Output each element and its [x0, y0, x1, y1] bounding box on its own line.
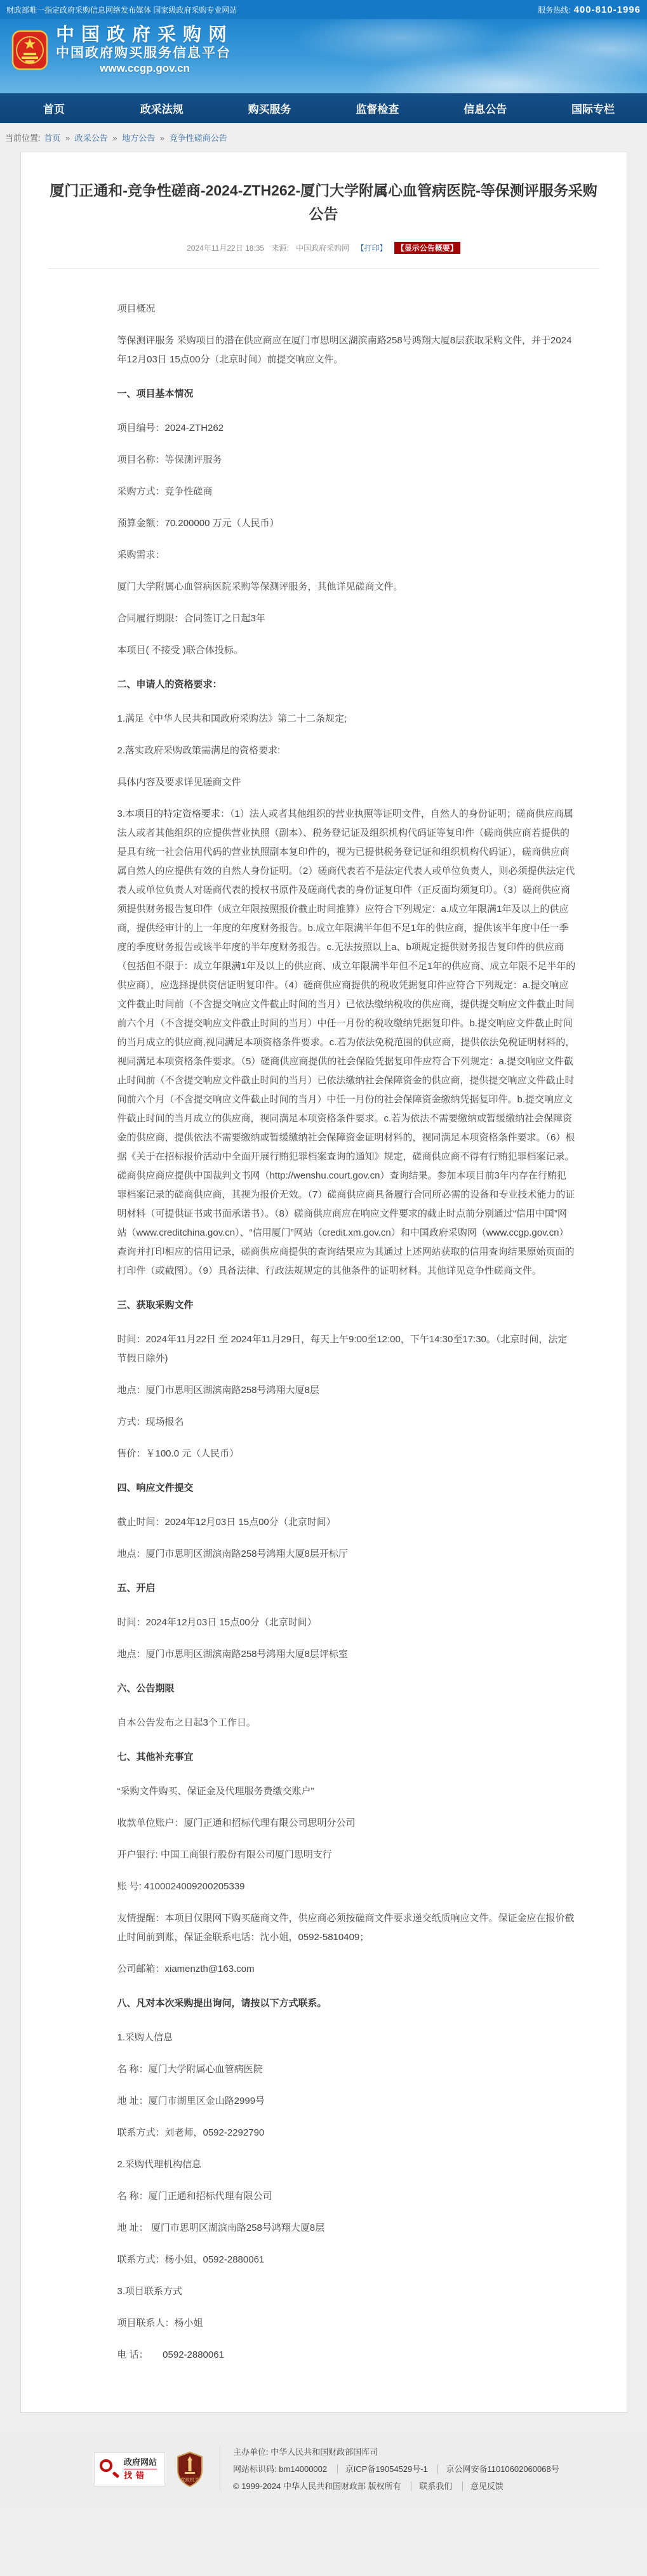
party-government-shield-icon[interactable]: 党政机关 [175, 2451, 204, 2488]
badge-gov-site-label: 政府网站 [124, 2457, 157, 2469]
article-paragraph: 地 址： 厦门市思明区湖滨南路258号鸿翔大厦8层 [117, 2219, 576, 2238]
footer-contact-us-link[interactable]: 联系我们 [411, 2481, 452, 2491]
article-paragraph: 名 称：厦门正通和招标代理有限公司 [117, 2187, 576, 2206]
breadcrumb-competitive-negotiation[interactable]: 竞争性磋商公告 [160, 133, 227, 143]
magnifier-icon [98, 2457, 120, 2482]
announcement-card: 厦门正通和-竞争性磋商-2024-ZTH262-厦门大学附属心血管病医院-等保测… [20, 152, 627, 2413]
article-paragraph: 项目概况 [117, 300, 576, 319]
article-paragraph: 本项目( 不接受 )联合体投标。 [117, 641, 576, 660]
breadcrumb-home[interactable]: 首页 [44, 133, 60, 143]
site-title-block: 中国政府采购网 中国政府购买服务信息平台 www.ccgp.gov.cn [56, 25, 234, 76]
article-paragraph: 项目联系人：杨小姐 [117, 2314, 576, 2333]
nav-item-announcements[interactable]: 信息公告 [431, 93, 539, 123]
article-paragraph: 采购需求： [117, 546, 576, 565]
source-value: 中国政府采购网 [296, 244, 349, 253]
article-paragraph: 1.满足《中华人民共和国政府采购法》第二十二条规定; [117, 710, 576, 729]
article-meta: 2024年11月22日 18:35 来源: 中国政府采购网 【打印】 【显示公告… [21, 242, 627, 253]
site-name: 中国政府采购网 [56, 25, 234, 45]
nav-item-purchase-service[interactable]: 购买服务 [216, 93, 324, 123]
gov-site-error-report-badge[interactable]: 政府网站 找错 [94, 2452, 165, 2487]
article-paragraph: 公司邮箱：xiamenzth@163.com [117, 1960, 576, 1979]
hotline-label: 服务热线: [538, 4, 570, 15]
footer-feedback-link[interactable]: 意见反馈 [462, 2481, 504, 2491]
article-paragraph: 地点：厦门市思明区湖滨南路258号鸿翔大厦8层开标厅 [117, 1545, 576, 1564]
section-heading: 五、开启 [117, 1579, 576, 1598]
article-paragraph: 2.落实政府采购政策需满足的资格要求: [117, 741, 576, 760]
article-paragraph: 等保测评服务 采购项目的潜在供应商应在厦门市思明区湖滨南路258号鸿翔大厦8层获… [117, 331, 576, 369]
show-summary-button[interactable]: 【显示公告概要】 [394, 242, 460, 254]
nav-item-home[interactable]: 首页 [0, 93, 108, 123]
article-paragraph: 方式：现场报名 [117, 1413, 576, 1432]
article-paragraph: 地点：厦门市思明区湖滨南路258号鸿翔大厦8层评标室 [117, 1645, 576, 1664]
top-utility-bar: 财政部唯一指定政府采购信息网络发布媒体 国家级政府采购专业网站 服务热线: 40… [0, 0, 647, 19]
section-heading: 二、申请人的资格要求： [117, 675, 576, 694]
nav-item-regulations[interactable]: 政采法规 [108, 93, 216, 123]
article-paragraph: 2.采购代理机构信息 [117, 2155, 576, 2174]
party-badge-label: 党政机关 [180, 2476, 199, 2483]
article-paragraph: 截止时间：2024年12月03日 15点00分（北京时间） [117, 1513, 576, 1532]
section-heading: 六、公告期限 [117, 1679, 576, 1698]
article-body: 项目概况等保测评服务 采购项目的潜在供应商应在厦门市思明区湖滨南路258号鸿翔大… [21, 273, 627, 2365]
breadcrumb-local-notices[interactable]: 地方公告 [112, 133, 155, 143]
hotline-number: 400-810-1996 [574, 4, 641, 15]
page-title: 厦门正通和-竞争性磋商-2024-ZTH262-厦门大学附属心血管病医院-等保测… [46, 179, 601, 226]
article-paragraph: 名 称：厦门大学附属心血管病医院 [117, 2060, 576, 2079]
article-paragraph: 地点：厦门市思明区湖滨南路258号鸿翔大厦8层 [117, 1381, 576, 1400]
footer-host-unit: 主办单位: 中华人民共和国财政部国库司 [233, 2447, 378, 2457]
footer-police-link[interactable]: 京公网安备11010602060068号 [437, 2464, 559, 2474]
article-paragraph: 收款单位账户：厦门正通和招标代理有限公司思明分公司 [117, 1814, 576, 1833]
section-heading: 八、凡对本次采购提出询问，请按以下方式联系。 [117, 1994, 576, 2013]
section-heading: 四、响应文件提交 [117, 1479, 576, 1498]
article-paragraph: 联系方式：刘老师，0592-2292790 [117, 2124, 576, 2143]
footer-copyright: © 1999-2024 中华人民共和国财政部 版权所有 [233, 2481, 401, 2491]
section-heading: 三、获取采购文件 [117, 1296, 576, 1315]
national-emblem-logo [11, 30, 48, 70]
breadcrumb-procurement-notices[interactable]: 政采公告 [65, 133, 108, 143]
site-slogan: 财政部唯一指定政府采购信息网络发布媒体 国家级政府采购专业网站 [6, 4, 237, 15]
article-paragraph: 采购方式：竞争性磋商 [117, 482, 576, 501]
article-paragraph: 地 址：厦门市湖里区金山路2999号 [117, 2092, 576, 2111]
breadcrumb: 当前位置: 首页 政采公告 地方公告 竞争性磋商公告 [0, 123, 647, 149]
section-heading: 一、项目基本情况 [117, 385, 576, 404]
breadcrumb-prefix: 当前位置: [5, 133, 41, 143]
footer-site-id: 网站标识码: bm14000002 [233, 2464, 327, 2474]
article-paragraph: 厦门大学附属心血管病医院采购等保测评服务，其他详见磋商文件。 [117, 578, 576, 597]
badge-find-error-label: 找错 [124, 2469, 157, 2481]
nav-item-supervision[interactable]: 监督检查 [323, 93, 431, 123]
main-nav: 首页 政采法规 购买服务 监督检查 信息公告 国际专栏 [0, 93, 647, 123]
publish-datetime: 2024年11月22日 18:35 [187, 244, 264, 253]
article-paragraph: 友情提醒：本项目仅限网下购买磋商文件，供应商必须按磋商文件要求递交纸质响应文件。… [117, 1909, 576, 1947]
page-footer: 政府网站 找错 党政机关 主办单位: 中华人民共和国财政部国库司 网站标识码: … [0, 2431, 647, 2509]
print-button[interactable]: 【打印】 [356, 244, 387, 253]
article-paragraph: 合同履行期限：合同签订之日起3年 [117, 609, 576, 628]
article-paragraph: 时间：2024年11月22日 至 2024年11月29日，每天上午9:00至12… [117, 1330, 576, 1368]
article-paragraph: 账 号: 4100024009200205339 [117, 1877, 576, 1896]
footer-divider [220, 2447, 220, 2492]
article-paragraph: 3.本项目的特定资格要求：（1）法人或者其他组织的营业执照等证明文件，自然人的身… [117, 805, 576, 1281]
article-paragraph: 预算金额：70.200000 万元（人民币） [117, 514, 576, 533]
article-paragraph: 联系方式：杨小姐，0592-2880061 [117, 2250, 576, 2269]
title-divider [48, 268, 600, 269]
nav-item-international[interactable]: 国际专栏 [539, 93, 647, 123]
article-paragraph: 1.采购人信息 [117, 2028, 576, 2047]
site-url: www.ccgp.gov.cn [56, 62, 234, 76]
article-paragraph: 具体内容及要求详见磋商文件 [117, 773, 576, 792]
footer-info: 主办单位: 中华人民共和国财政部国库司 网站标识码: bm14000002 京I… [233, 2443, 559, 2495]
site-logo[interactable]: 中国政府采购网 中国政府购买服务信息平台 www.ccgp.gov.cn [0, 19, 647, 76]
article-paragraph: 自本公告发布之日起3个工作日。 [117, 1714, 576, 1733]
site-banner: 中国政府采购网 中国政府购买服务信息平台 www.ccgp.gov.cn [0, 19, 647, 93]
article-paragraph: “采购文件购买、保证金及代理服务费缴交账户” [117, 1782, 576, 1801]
article-paragraph: 开户银行: 中国工商银行股份有限公司厦门思明支行 [117, 1846, 576, 1865]
site-subtitle: 中国政府购买服务信息平台 [56, 45, 234, 62]
article-paragraph: 项目编号：2024-ZTH262 [117, 419, 576, 438]
article-paragraph: 电 话： 0592-2880061 [117, 2346, 576, 2365]
article-paragraph: 3.项目联系方式 [117, 2282, 576, 2301]
service-hotline: 服务热线: 400-810-1996 [538, 4, 641, 15]
footer-icp-link[interactable]: 京ICP备19054529号-1 [337, 2464, 428, 2474]
article-paragraph: 时间：2024年12月03日 15点00分（北京时间） [117, 1613, 576, 1632]
article-paragraph: 项目名称：等保测评服务 [117, 451, 576, 470]
source-label: 来源: [271, 244, 288, 253]
section-heading: 七、其他补充事宜 [117, 1748, 576, 1767]
article-paragraph: 售价：￥100.0 元（人民币） [117, 1444, 576, 1463]
